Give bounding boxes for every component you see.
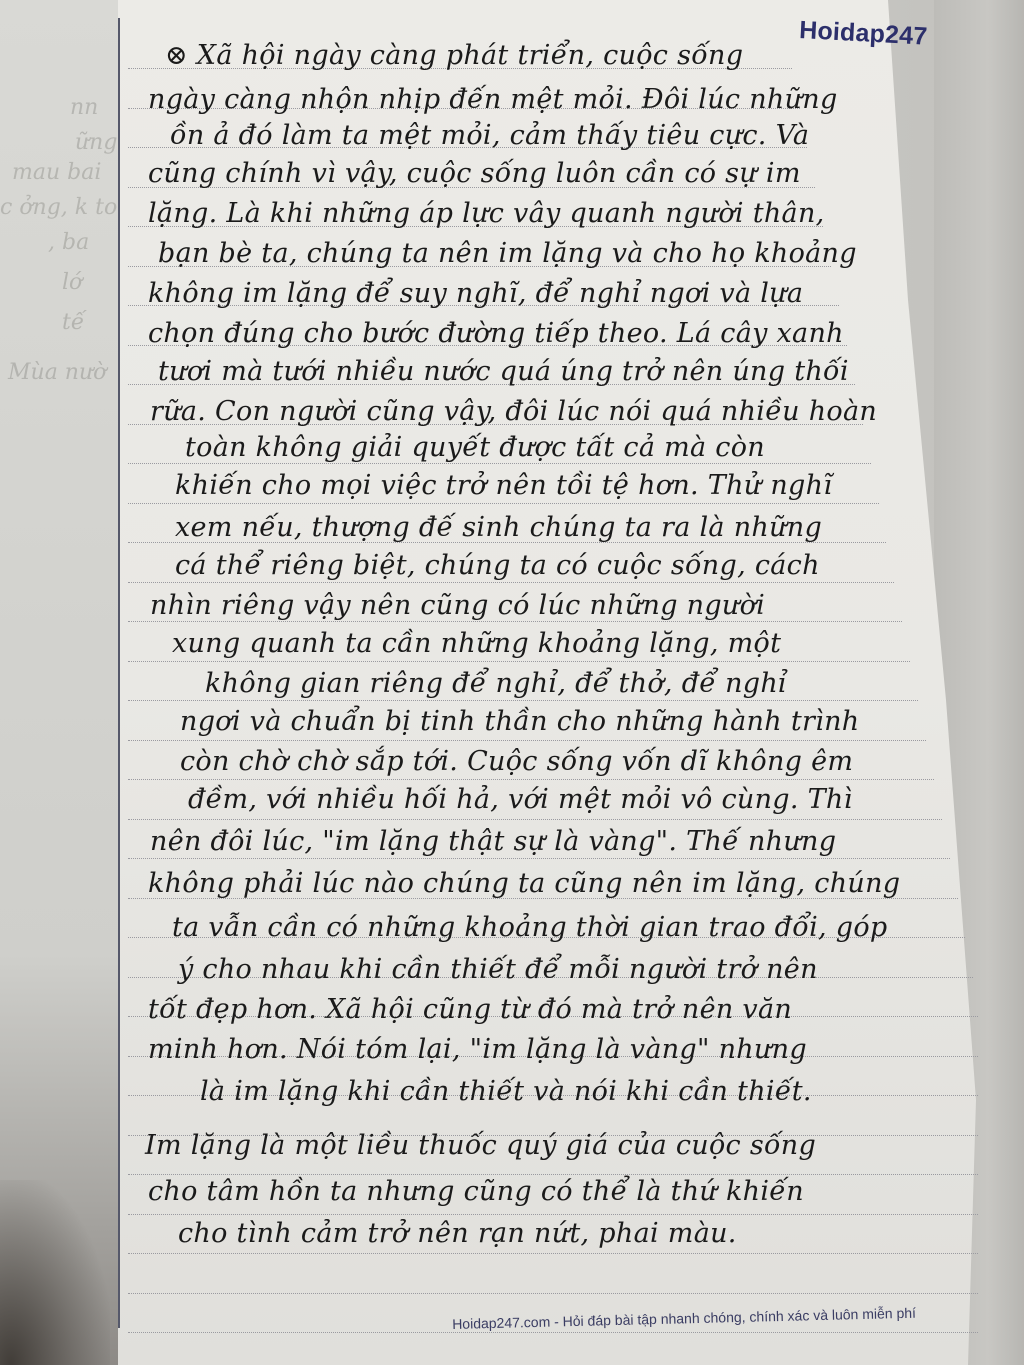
essay-line: nên đôi lúc, "im lặng thật sự là vàng". … <box>150 826 836 857</box>
essay-line: đềm, với nhiều hối hả, với mệt mỏi vô cù… <box>188 784 853 815</box>
ruled-line <box>128 463 871 464</box>
essay-line: ồn ả đó làm ta mệt mỏi, cảm thấy tiêu cự… <box>170 120 809 151</box>
essay-line: bạn bè ta, chúng ta nên im lặng và cho h… <box>158 238 857 269</box>
essay-line: là im lặng khi cần thiết và nói khi cần … <box>200 1076 812 1107</box>
ruled-line <box>128 661 910 662</box>
essay-line: nhìn riêng vậy nên cũng có lúc những ngư… <box>150 590 765 621</box>
ruled-line <box>128 1293 978 1294</box>
essay-line: xem nếu, thượng đế sinh chúng ta ra là n… <box>175 512 822 543</box>
previous-page-edge: nn ững mau bai c ởng, k to , ba lớ tế Mù… <box>0 0 118 1365</box>
bleed-through-text: c ởng, k to <box>0 195 117 220</box>
margin-line <box>118 18 120 1328</box>
essay-line: ⊗ Xã hội ngày càng phát triển, cuộc sống <box>165 40 743 71</box>
bleed-through-text: nn <box>70 95 98 120</box>
essay-line: cho tình cảm trở nên rạn nứt, phai màu. <box>178 1218 737 1249</box>
essay-line: cho tâm hồn ta nhưng cũng có thể là thứ … <box>148 1176 804 1207</box>
ruled-line <box>128 1174 978 1175</box>
essay-line: toàn không giải quyết được tất cả mà còn <box>185 432 765 463</box>
bleed-through-text: Mùa nườ <box>8 360 106 385</box>
ruled-line <box>128 779 934 780</box>
essay-line: chọn đúng cho bước đường tiếp theo. Lá c… <box>148 318 844 349</box>
essay-line: còn chờ chờ sắp tới. Cuộc sống vốn dĩ kh… <box>180 746 853 777</box>
essay-line: ta vẫn cần có những khoảng thời gian tra… <box>172 912 888 943</box>
essay-line: không gian riêng để nghỉ, để thở, để ngh… <box>205 668 787 699</box>
ruled-line <box>128 819 942 820</box>
bleed-through-text: mau bai <box>12 160 101 185</box>
ruled-line <box>128 1332 978 1333</box>
ruled-line <box>128 740 926 741</box>
ruled-line <box>128 1214 978 1215</box>
bleed-through-text: tế <box>62 310 84 335</box>
essay-line: không phải lúc nào chúng ta cũng nên im … <box>148 868 900 899</box>
bleed-through-text: , ba <box>48 230 89 255</box>
bleed-through-text: lớ <box>62 270 82 295</box>
bleed-through-text: ững <box>75 130 117 155</box>
essay-line: minh hơn. Nói tóm lại, "im lặng là vàng"… <box>148 1034 807 1065</box>
photo-scene: nn ững mau bai c ởng, k to , ba lớ tế Mù… <box>0 0 1024 1365</box>
essay-line: tươi mà tưới nhiều nước quá úng trở nên … <box>158 356 849 387</box>
ruled-line <box>128 1253 978 1254</box>
essay-line: lặng. Là khi những áp lực vây quanh ngườ… <box>148 198 825 229</box>
ruled-line <box>128 858 950 859</box>
essay-line: cũng chính vì vậy, cuộc sống luôn cần có… <box>148 158 801 189</box>
essay-line: tốt đẹp hơn. Xã hội cũng từ đó mà trở nê… <box>148 994 792 1025</box>
ruled-line <box>128 700 918 701</box>
essay-line: khiến cho mọi việc trở nên tồi tệ hơn. T… <box>175 470 832 501</box>
essay-line: Im lặng là một liều thuốc quý giá của cu… <box>145 1130 816 1161</box>
essay-line: cá thể riêng biệt, chúng ta có cuộc sống… <box>175 550 820 581</box>
essay-line: ngơi và chuẩn bị tinh thần cho những hàn… <box>180 706 860 737</box>
essay-line: xung quanh ta cần những khoảng lặng, một <box>172 628 781 659</box>
essay-line: ngày càng nhộn nhịp đến mệt mỏi. Đôi lúc… <box>148 84 838 115</box>
ruled-line <box>128 621 902 622</box>
hand-shadow <box>0 1180 110 1365</box>
essay-line: ý cho nhau khi cần thiết để mỗi người tr… <box>178 954 818 985</box>
essay-line: rữa. Con người cũng vậy, đôi lúc nói quá… <box>150 396 877 427</box>
essay-line: không im lặng để suy nghĩ, để nghỉ ngơi … <box>148 278 803 309</box>
ruled-line <box>128 503 879 504</box>
ruled-line <box>128 582 894 583</box>
